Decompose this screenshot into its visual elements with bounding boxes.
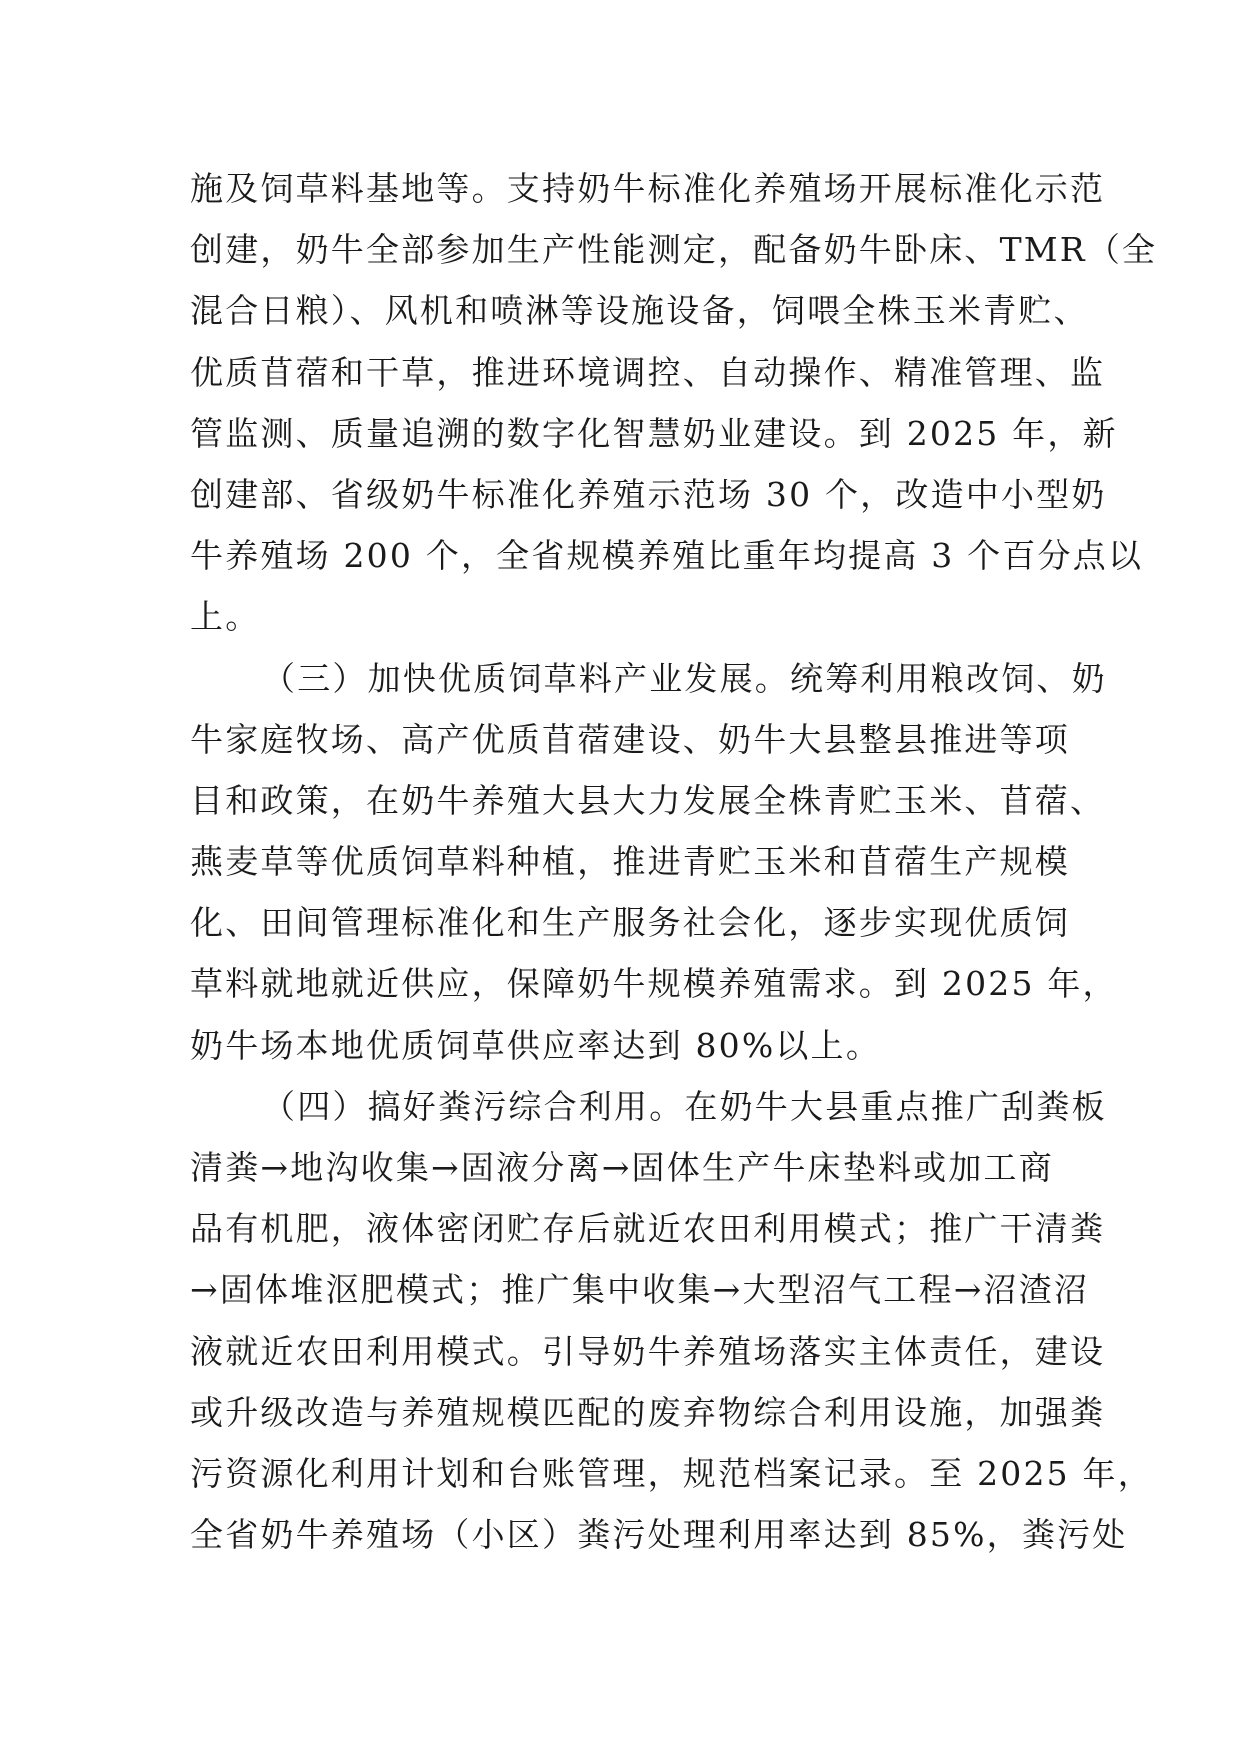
document-body: 施及饲草料基地等。支持奶牛标准化养殖场开展标准化示范 创建，奶牛全部参加生产性能… xyxy=(190,158,1050,1565)
text-line: 全省奶牛养殖场（小区）粪污处理利用率达到 85%，粪污处 xyxy=(190,1504,1050,1565)
text-line: 创建部、省级奶牛标准化养殖示范场 30 个，改造中小型奶 xyxy=(190,464,1050,525)
text-line: 化、田间管理标准化和生产服务社会化，逐步实现优质饲 xyxy=(190,892,1050,953)
section-heading-line: （三）加快优质饲草料产业发展。统筹利用粮改饲、奶 xyxy=(190,648,1050,709)
text-line: 优质苜蓿和干草，推进环境调控、自动操作、精准管理、监 xyxy=(190,342,1050,403)
text-line: 污资源化利用计划和台账管理，规范档案记录。至 2025 年， xyxy=(190,1443,1050,1504)
paragraph-section-4: （四）搞好粪污综合利用。在奶牛大县重点推广刮粪板 清粪→地沟收集→固液分离→固体… xyxy=(190,1076,1050,1566)
section-heading-line: （四）搞好粪污综合利用。在奶牛大县重点推广刮粪板 xyxy=(190,1076,1050,1137)
text-line: 目和政策，在奶牛养殖大县大力发展全株青贮玉米、苜蓿、 xyxy=(190,770,1050,831)
text-line: 奶牛场本地优质饲草供应率达到 80%以上。 xyxy=(190,1015,1050,1076)
text-line: 牛家庭牧场、高产优质苜蓿建设、奶牛大县整县推进等项 xyxy=(190,709,1050,770)
text-line: 燕麦草等优质饲草料种植，推进青贮玉米和苜蓿生产规模 xyxy=(190,831,1050,892)
text-line: 管监测、质量追溯的数字化智慧奶业建设。到 2025 年，新 xyxy=(190,403,1050,464)
text-line: 创建，奶牛全部参加生产性能测定，配备奶牛卧床、TMR（全 xyxy=(190,219,1050,280)
text-line: 液就近农田利用模式。引导奶牛养殖场落实主体责任，建设 xyxy=(190,1321,1050,1382)
text-line: 草料就地就近供应，保障奶牛规模养殖需求。到 2025 年， xyxy=(190,953,1050,1014)
text-line: 清粪→地沟收集→固液分离→固体生产牛床垫料或加工商 xyxy=(190,1137,1050,1198)
text-line: 或升级改造与养殖规模匹配的废弃物综合利用设施，加强粪 xyxy=(190,1382,1050,1443)
text-line: 施及饲草料基地等。支持奶牛标准化养殖场开展标准化示范 xyxy=(190,158,1050,219)
text-line: 品有机肥，液体密闭贮存后就近农田利用模式；推广干清粪 xyxy=(190,1198,1050,1259)
paragraph-continuation: 施及饲草料基地等。支持奶牛标准化养殖场开展标准化示范 创建，奶牛全部参加生产性能… xyxy=(190,158,1050,648)
paragraph-section-3: （三）加快优质饲草料产业发展。统筹利用粮改饲、奶 牛家庭牧场、高产优质苜蓿建设、… xyxy=(190,648,1050,1076)
text-line: 上。 xyxy=(190,586,1050,647)
document-page: 施及饲草料基地等。支持奶牛标准化养殖场开展标准化示范 创建，奶牛全部参加生产性能… xyxy=(0,0,1240,1754)
text-line: 混合日粮）、风机和喷淋等设施设备，饲喂全株玉米青贮、 xyxy=(190,280,1050,341)
text-line: →固体堆沤肥模式；推广集中收集→大型沼气工程→沼渣沼 xyxy=(190,1259,1050,1320)
text-line: 牛养殖场 200 个，全省规模养殖比重年均提高 3 个百分点以 xyxy=(190,525,1050,586)
